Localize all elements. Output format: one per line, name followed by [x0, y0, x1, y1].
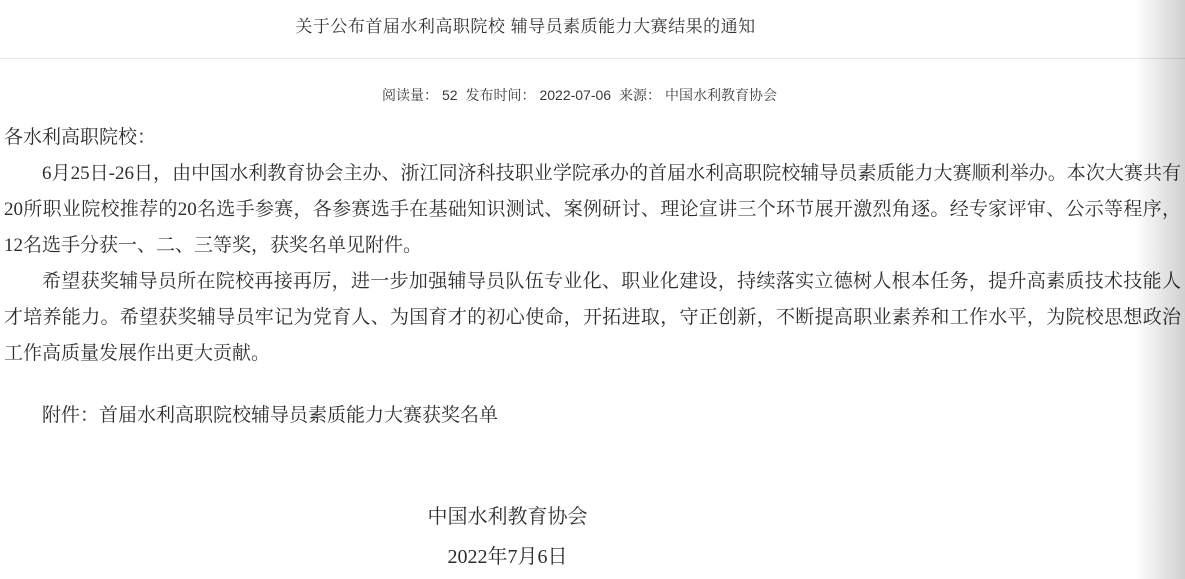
signature-date: 2022年7月6日: [0, 537, 1015, 577]
notice-page: 关于公布首届水利高职院校 辅导员素质能力大赛结果的通知 阅读量：52 发布时间：…: [0, 0, 1185, 579]
views-label: 阅读量：: [382, 87, 438, 103]
body-paragraph-1: 6月25日-26日，由中国水利教育协会主办、浙江同济科技职业学院承办的首届水利高…: [4, 156, 1181, 264]
signature-org: 中国水利教育协会: [0, 497, 1015, 537]
source-label: 来源：: [619, 87, 661, 103]
body-paragraph-2: 希望获奖辅导员所在院校再接再厉，进一步加强辅导员队伍专业化、职业化建设，持续落实…: [4, 264, 1181, 372]
signature-block: 中国水利教育协会 2022年7月6日: [0, 497, 1185, 577]
article-meta: 阅读量：52 发布时间：2022-07-06 来源：中国水利教育协会: [0, 86, 1185, 104]
page-title: 关于公布首届水利高职院校 辅导员素质能力大赛结果的通知: [0, 12, 1051, 37]
publish-date-label: 发布时间：: [465, 87, 535, 103]
title-bar: 关于公布首届水利高职院校 辅导员素质能力大赛结果的通知: [0, 0, 1185, 59]
publish-date-value: 2022-07-06: [539, 87, 611, 103]
salutation: 各水利高职院校：: [4, 120, 1181, 156]
source-value: 中国水利教育协会: [665, 87, 777, 103]
article-body: 各水利高职院校： 6月25日-26日，由中国水利教育协会主办、浙江同济科技职业学…: [0, 120, 1185, 434]
attachment-line: 附件：首届水利高职院校辅导员素质能力大赛获奖名单: [4, 398, 1181, 434]
views-value: 52: [442, 87, 458, 103]
